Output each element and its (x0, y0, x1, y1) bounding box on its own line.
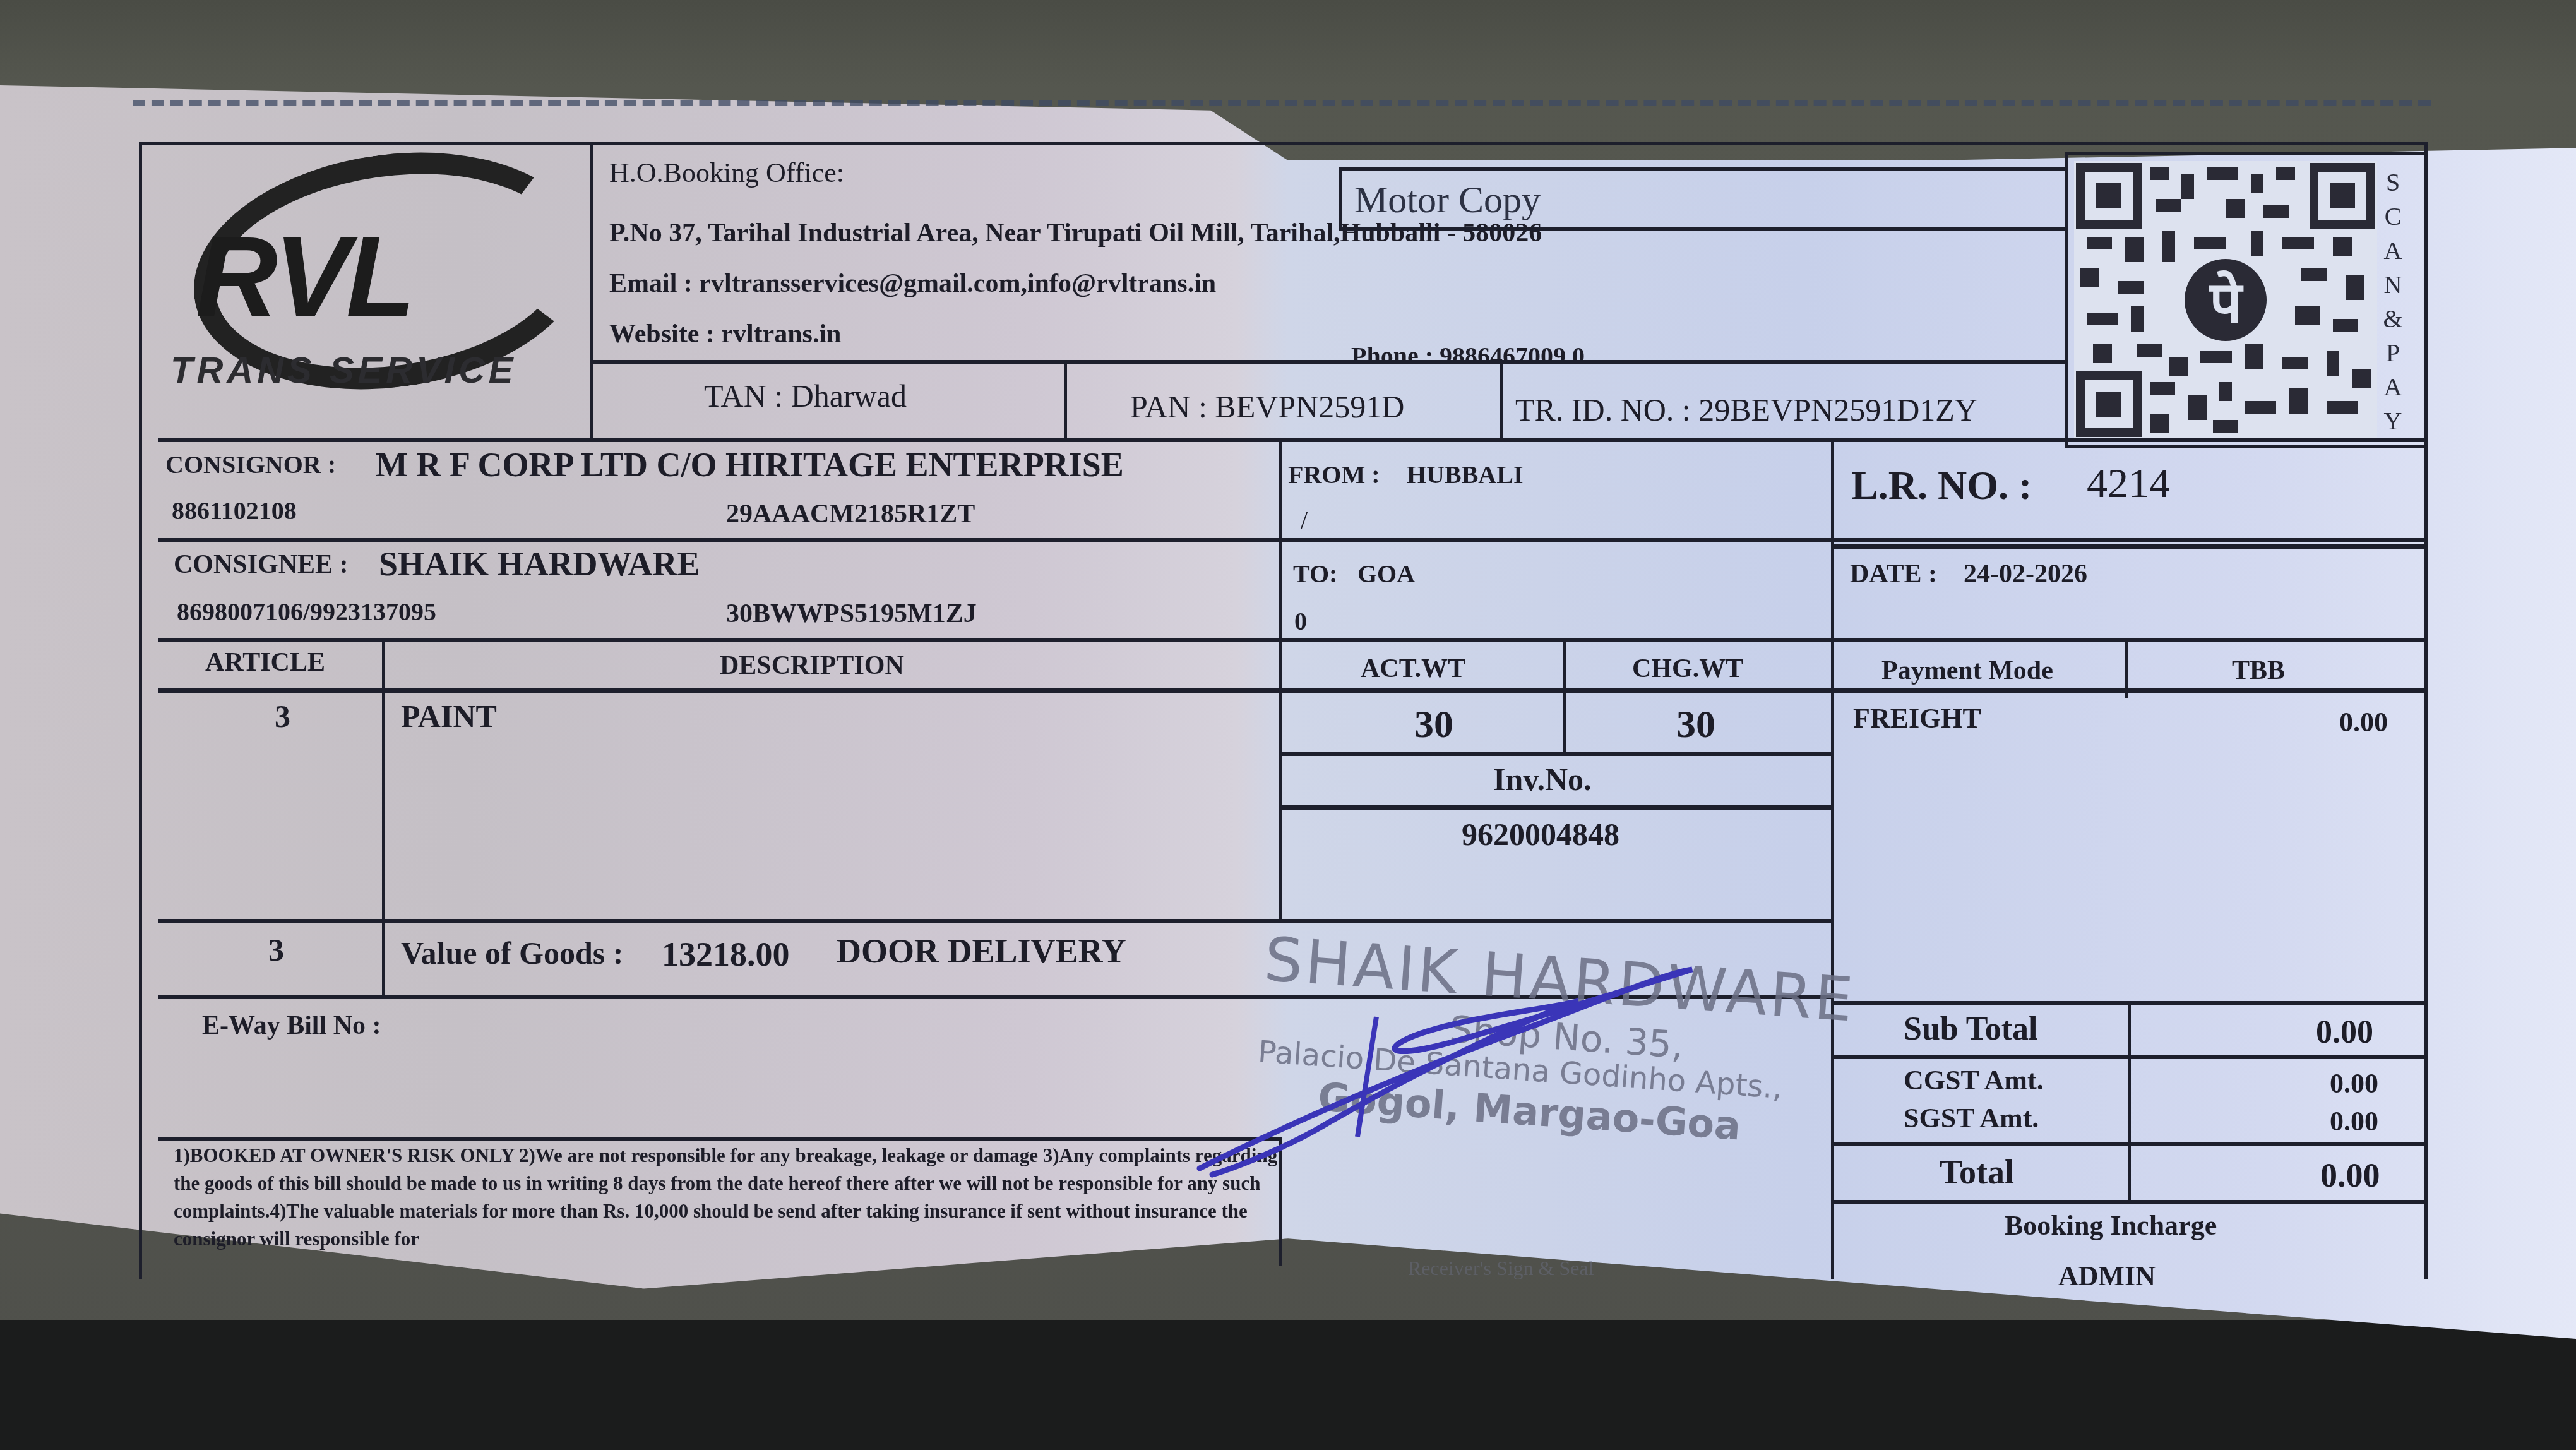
company-phone: Phone : 9886467009 0 (1351, 341, 1585, 371)
value-of-goods: 13218.00 (662, 935, 790, 974)
divider (1831, 1200, 2428, 1204)
caption-letter: S (2380, 165, 2406, 200)
to-city: GOA (1357, 559, 1415, 589)
divider (1831, 544, 2428, 549)
subtotal-amount: 0.00 (2316, 1014, 2373, 1051)
logo-text: RVL (196, 212, 412, 342)
sgst-amount: 0.00 (2330, 1105, 2378, 1137)
chg-wt-header: CHG.WT (1632, 654, 1743, 684)
total-label: Total (1940, 1153, 2014, 1192)
actual-weight: 30 (1414, 702, 1453, 747)
total-articles: 3 (268, 932, 284, 968)
caption-letter: C (2380, 200, 2406, 234)
subtotal-label: Sub Total (1904, 1010, 2038, 1048)
caption-letter: Y (2380, 404, 2406, 438)
perforation-line (133, 100, 2431, 106)
payment-mode: TBB (2232, 656, 2285, 686)
consignor-label: CONSIGNOR : (165, 450, 336, 479)
divider (1500, 363, 1503, 439)
divider (1563, 641, 1566, 755)
booking-incharge-label: Booking Incharge (2005, 1209, 2217, 1242)
divider (1831, 1055, 2428, 1059)
invoice-label: Inv.No. (1493, 761, 1592, 798)
description-header: DESCRIPTION (720, 650, 904, 681)
copy-label: Motor Copy (1354, 178, 1541, 222)
divider (158, 638, 2428, 642)
freight-amount: 0.00 (2339, 706, 2388, 738)
pan-number: PAN : BEVPN2591D (1130, 388, 1404, 425)
divider (1831, 1142, 2428, 1146)
company-website: Website : rvltrans.in (609, 319, 841, 349)
to-sub: 0 (1294, 606, 1307, 636)
payment-qr-code[interactable]: पे (2074, 161, 2377, 439)
booking-incharge-name: ADMIN (2058, 1260, 2156, 1292)
eway-bill-number[interactable] (404, 1010, 783, 1042)
qr-code-icon: पे (2074, 161, 2377, 439)
date-label: DATE : (1850, 559, 1937, 589)
freight-label: FREIGHT (1853, 702, 1981, 734)
sgst-label: SGST Amt. (1904, 1102, 2039, 1134)
act-wt-header: ACT.WT (1361, 654, 1465, 684)
caption-letter: N (2380, 268, 2406, 302)
divider (1064, 363, 1067, 439)
caption-letter: P (2380, 336, 2406, 370)
receiver-sign-caption: Receiver's Sign & Seal (1408, 1257, 1594, 1280)
from-label: FROM : (1288, 460, 1380, 489)
from-city: HUBBALI (1407, 460, 1524, 489)
divider (158, 1137, 1282, 1141)
divider (382, 641, 385, 995)
charged-weight: 30 (1676, 702, 1715, 747)
logo-subtitle: TRANS SERVICE (170, 349, 517, 392)
goods-description: PAINT (401, 698, 497, 734)
tan-number: TAN : Dharwad (704, 378, 907, 414)
divider (1279, 752, 1834, 756)
consignee-label: CONSIGNEE : (174, 549, 349, 580)
divider (158, 538, 2428, 542)
divider (158, 688, 2428, 693)
caption-letter: A (2380, 370, 2406, 404)
divider (2128, 1004, 2131, 1200)
scan-and-pay-caption: S C A N & P A Y (2380, 165, 2406, 438)
signature-icon (1187, 947, 1730, 1187)
divider (158, 919, 1834, 923)
from-sub: / (1301, 505, 1308, 535)
divider (1279, 805, 1834, 810)
divider (590, 142, 593, 439)
value-of-goods-label: Value of Goods : (401, 935, 623, 971)
consignor-gstin: 29AAACM2185R1ZT (726, 499, 975, 529)
article-header: ARTICLE (205, 647, 325, 678)
payment-mode-label: Payment Mode (1881, 656, 2053, 686)
cgst-amount: 0.00 (2330, 1067, 2378, 1099)
consignee-phone: 8698007106/9923137095 (177, 597, 436, 626)
delivery-type: DOOR DELIVERY (837, 932, 1126, 971)
eway-bill-label: E-Way Bill No : (202, 1010, 381, 1041)
to-label: TO: (1293, 559, 1337, 589)
company-logo: RVL TRANS SERVICE (170, 148, 587, 395)
cgst-label: CGST Amt. (1904, 1064, 2044, 1096)
caption-letter: A (2380, 234, 2406, 268)
terms-and-conditions: 1)BOOKED AT OWNER'S RISK ONLY 2)We are n… (174, 1142, 1279, 1253)
lr-number-label: L.R. NO. : (1851, 462, 2032, 509)
divider (590, 360, 2065, 364)
office-label: H.O.Booking Office: (609, 157, 844, 189)
lr-date: 24-02-2026 (1964, 559, 2087, 589)
consignee-name: SHAIK HARDWARE (379, 544, 700, 584)
divider (1279, 442, 1282, 919)
company-email: Email : rvltransservices@gmail.com,info@… (609, 268, 1216, 299)
consignor-name: M R F CORP LTD C/O HIRITAGE ENTERPRISE (376, 445, 1124, 484)
article-count: 3 (275, 698, 290, 734)
table-surface (0, 1320, 2576, 1450)
tr-id-number: TR. ID. NO. : 29BEVPN2591D1ZY (1515, 392, 1977, 428)
invoice-number: 9620004848 (1462, 816, 1619, 853)
consignor-phone: 8861102108 (172, 496, 297, 525)
consignee-gstin: 30BWWPS5195M1ZJ (726, 599, 977, 629)
divider (158, 438, 2428, 442)
svg-text:पे: पे (2208, 270, 2243, 336)
lr-number: 4214 (2087, 460, 2170, 508)
total-amount: 0.00 (2320, 1156, 2380, 1195)
caption-letter: & (2380, 302, 2406, 336)
